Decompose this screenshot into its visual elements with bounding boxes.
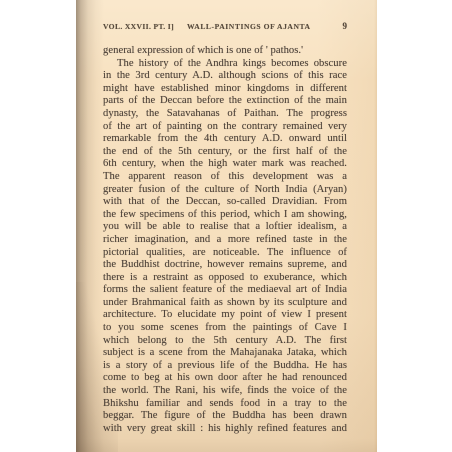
header-volume: VOL. XXVII. PT. I]	[103, 22, 174, 31]
text-line: richer imagination, and a more refined t…	[103, 234, 347, 247]
page-number: 9	[343, 21, 348, 31]
text-line: the world. The Rani, his wife, finds the…	[103, 385, 347, 398]
text-line: subject is a scene from the Mahajanaka J…	[103, 347, 347, 360]
text-line: beggar. The figure of the Buddha has bee…	[103, 410, 347, 423]
text-line: the Buddhist doctrine, however remains s…	[103, 259, 347, 272]
body-text: general expression of which is one of ' …	[103, 45, 347, 435]
text-line: The history of the Andhra kings becomes …	[103, 58, 347, 71]
text-line: with that of the Deccan, so-called Dravi…	[103, 196, 347, 209]
text-line: general expression of which is one of ' …	[103, 45, 347, 58]
header-title: WALL-PAINTINGS OF AJANTA	[187, 22, 311, 31]
text-line: dynasty, the Satavahanas of Paithan. The…	[103, 108, 347, 121]
text-line: 6th century, when the high water mark wa…	[103, 158, 347, 171]
text-line: might have established minor kingdoms in…	[103, 83, 347, 96]
text-line: there is a restraint as opposed to exube…	[103, 272, 347, 285]
text-line: under Brahmanical faith as shown by its …	[103, 297, 347, 310]
text-line: in the 3rd century A.D. although scions …	[103, 70, 347, 83]
text-line: the end of the 5th century, or the first…	[103, 146, 347, 159]
text-line: The apparent reason of this development …	[103, 171, 347, 184]
text-line: forms the salient feature of the mediaev…	[103, 284, 347, 297]
gutter-shadow	[76, 0, 106, 452]
text-line: parts of the Deccan before the extinctio…	[103, 95, 347, 108]
book-page: VOL. XXVII. PT. I] WALL-PAINTINGS OF AJA…	[76, 0, 377, 452]
text-line: greater fusion of the culture of North I…	[103, 184, 347, 197]
page-content: VOL. XXVII. PT. I] WALL-PAINTINGS OF AJA…	[103, 0, 347, 452]
text-line: you will be able to realise that a lofti…	[103, 221, 347, 234]
text-line: is a story of a previous life of the Bud…	[103, 360, 347, 373]
text-line: pictorial qualities, are noticeable. The…	[103, 247, 347, 260]
text-line: to you some scenes from the paintings of…	[103, 322, 347, 335]
text-line: Bhikshu familiar and sends food in a tra…	[103, 398, 347, 411]
scan-background: VOL. XXVII. PT. I] WALL-PAINTINGS OF AJA…	[0, 0, 452, 452]
text-line: with very great skill : his highly refin…	[103, 423, 347, 436]
text-line: come to beg at his own door after he had…	[103, 372, 347, 385]
page-header: VOL. XXVII. PT. I] WALL-PAINTINGS OF AJA…	[103, 21, 347, 31]
text-line: the few specimens of this period, which …	[103, 209, 347, 222]
text-line: architecture. To elucidate my point of v…	[103, 309, 347, 322]
text-line: which belong to the 5th century A.D. The…	[103, 335, 347, 348]
text-line: of the art of painting on the contrary r…	[103, 121, 347, 134]
text-line: remarkable from the 4th century A.D. onw…	[103, 133, 347, 146]
